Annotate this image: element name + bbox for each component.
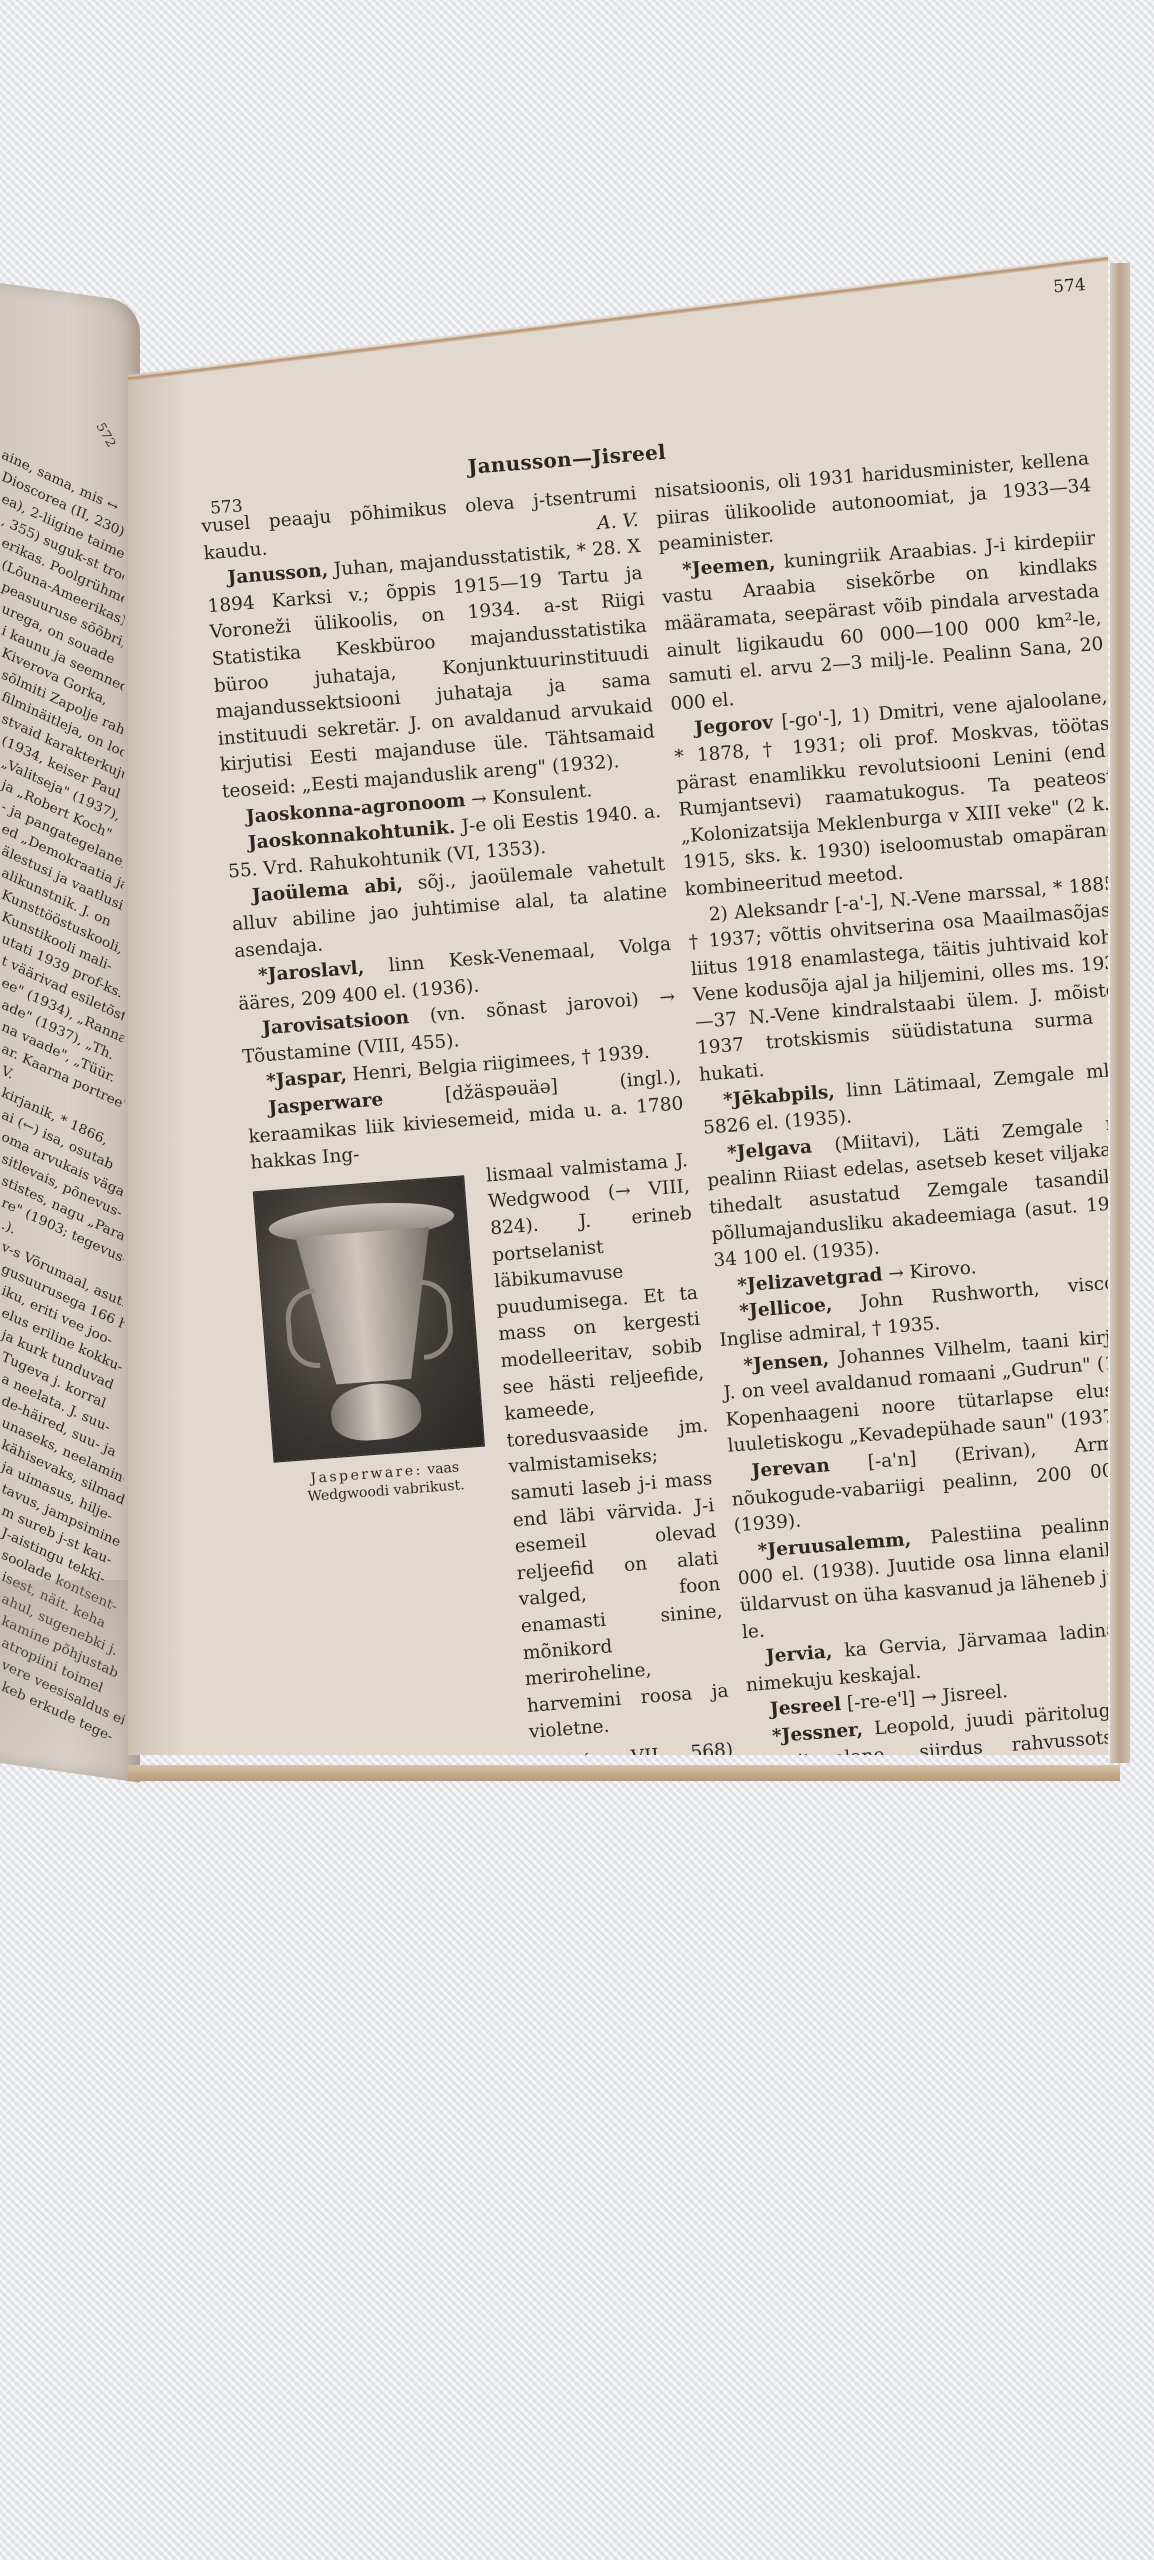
- vase-photo: [253, 1175, 485, 1462]
- entry-body: 2) Janusz [-š], Poola poliitik, * 1885; …: [336, 2217, 770, 2298]
- encyclopedia-entry: Jesuaadid, ka hieronümiidid, a. 1360 Sie…: [755, 1772, 1154, 1938]
- vase-foot: [329, 1380, 423, 1443]
- entry-body: sarmaatide (→ VII, 568) suguharu, elas R…: [300, 1739, 738, 1873]
- entry-headword: Jesreel: [769, 1694, 842, 1720]
- entry-headword: Jesuiitide tee,: [788, 1927, 941, 1960]
- left-page-text: aine, sama, mis ↔Dioscorea (II, 230)ea),…: [2, 443, 130, 1715]
- entry-body: [-ei'], tatari mursa, † 1440; oli Kuldho…: [312, 1898, 752, 2058]
- running-head: Janusson—Jisreel: [467, 440, 667, 479]
- entry-headword: Jisreel: [804, 2145, 872, 2171]
- encyclopedia-entry: Jegorov [-go'-], 1) Dmitri, vene ajalool…: [672, 685, 1121, 904]
- entry-headword: Jedigei: [332, 1925, 406, 1951]
- entry-headword: *Jeemen,: [682, 552, 777, 580]
- entry-headword: *Jaspar,: [266, 1065, 348, 1092]
- entry-headword: Janusson,: [227, 560, 329, 589]
- entry-headword: Jegorov: [694, 713, 774, 740]
- left-page: 572 aine, sama, mis ↔Dioscorea (II, 230)…: [0, 277, 140, 1782]
- figure-caption: Jasperware: vaas Wedgwoodi vabrikust.: [274, 1456, 496, 1509]
- entry-body: → Jeruusalemm (IV, 67).: [406, 1881, 631, 1919]
- encyclopedia-entry: Janusson, Juhan, majandusstatistik, * 28…: [205, 534, 658, 806]
- entry-headword: *Jensen,: [743, 1348, 830, 1376]
- text-columns: vusel peaaju põhimikus oleva j-tsentrumi…: [201, 446, 1154, 2301]
- entry-headword: Jerevan: [751, 1455, 831, 1482]
- figure-block: Jasperware: vaas Wedgwoodi vabrikust.lis…: [252, 1148, 732, 1765]
- entry-headword: Jasperware: [268, 1089, 384, 1119]
- entry-headword: *Jellicoe,: [739, 1295, 833, 1323]
- author-signature: A. V.: [596, 508, 639, 538]
- entry-headword: *Javata,: [328, 1871, 409, 1898]
- entry-body: [jendžeje'vitš], 1) Cezaria [-za'-], jär…: [322, 2031, 766, 2244]
- encyclopedia-entry: Jevreinov [-ei'-], Nikolai [-ai'], vene …: [770, 1958, 1154, 2151]
- entry-headword: Jevreinov: [792, 1984, 890, 2012]
- entry-body: (Jesreel) [-re-e'l], Põhja-Palestiinas a…: [784, 2119, 1154, 2200]
- figure-side-text: lismaal valmistama J. Wedgwood (→ VIII, …: [485, 1148, 731, 1747]
- encyclopedia-entry: *Javata, linn Jaapanis, 209 000 el. (193…: [305, 1843, 742, 1903]
- vase-handle: [418, 1278, 455, 1360]
- entry-body: ka hieronümiidid, a. 1360 Sienas J. Colu…: [758, 1774, 1154, 1934]
- encyclopedia-entry: Jedigei [-ei'], tatari mursa, † 1440; ol…: [310, 1896, 755, 2062]
- entry-headword: Jędrzejewicz: [342, 2053, 472, 2084]
- figure: Jasperware: vaas Wedgwoodi vabrikust.: [252, 1165, 516, 1765]
- entry-headword: Jervia,: [765, 1642, 833, 1668]
- page-edge: [1110, 263, 1130, 1763]
- page-bottom-edge: [128, 1765, 1120, 1781]
- right-column: nisatsioonis, oli 1931 haridusminister, …: [653, 446, 1154, 2266]
- entry-headword: *Jaroslavl,: [257, 957, 364, 986]
- encyclopedia-entry: Jędrzejewicz [jendžeje'vitš], 1) Cezaria…: [320, 2029, 769, 2248]
- page-shadow: [0, 1580, 140, 1760]
- right-page-stack: 574 573 Janusson—Jisreel vusel peaaju põ…: [128, 255, 1120, 1775]
- encyclopedia-entry: Jisreel (Jesreel) [-re-e'l], Põhja-Pales…: [782, 2117, 1154, 2203]
- page-number-574: 574: [1053, 275, 1087, 297]
- entry-body: 2) Aleksandr [-a'-], N.-Vene marssal, * …: [688, 872, 1132, 1085]
- vase-handle: [283, 1288, 320, 1370]
- encyclopedia-entry: Jatsüügid, sarmaatide (→ VII, 568) suguh…: [297, 1737, 740, 1877]
- encyclopedia-entry: 2) Janusz [-š], Poola poliitik, * 1885; …: [334, 2215, 773, 2301]
- entry-body: sama, mis Chenopodium ambrosioides. → Ha…: [768, 1907, 1154, 1988]
- encyclopedia-entry: 2) Aleksandr [-a'-], N.-Vene marssal, * …: [686, 870, 1135, 1089]
- right-page: 574 573 Janusson—Jisreel vusel peaaju põ…: [128, 255, 1108, 1755]
- encyclopedia-entry: Jesuiitide tee, sama, mis Chenopodium am…: [766, 1905, 1154, 1991]
- entry-body: → Kirovo.: [887, 1257, 977, 1285]
- entry-body: [-ei'-], Nikolai [-ai'], vene draamakirj…: [772, 1960, 1154, 2147]
- entry-headword: *Jessner,: [771, 1719, 863, 1747]
- entry-headword: Jesuaadid,: [777, 1797, 886, 1826]
- entry-headword: Jebuus: [330, 1898, 402, 1924]
- entry-headword: *Jelgava: [726, 1136, 812, 1163]
- page-top-edge: [128, 255, 1108, 383]
- left-page-number: 572: [93, 421, 119, 450]
- encyclopedia-entry: Jebuus → Jeruusalemm (IV, 67).: [308, 1870, 745, 1930]
- entry-body: linn Jaapanis, 209 000 el. (1935).: [413, 1847, 725, 1892]
